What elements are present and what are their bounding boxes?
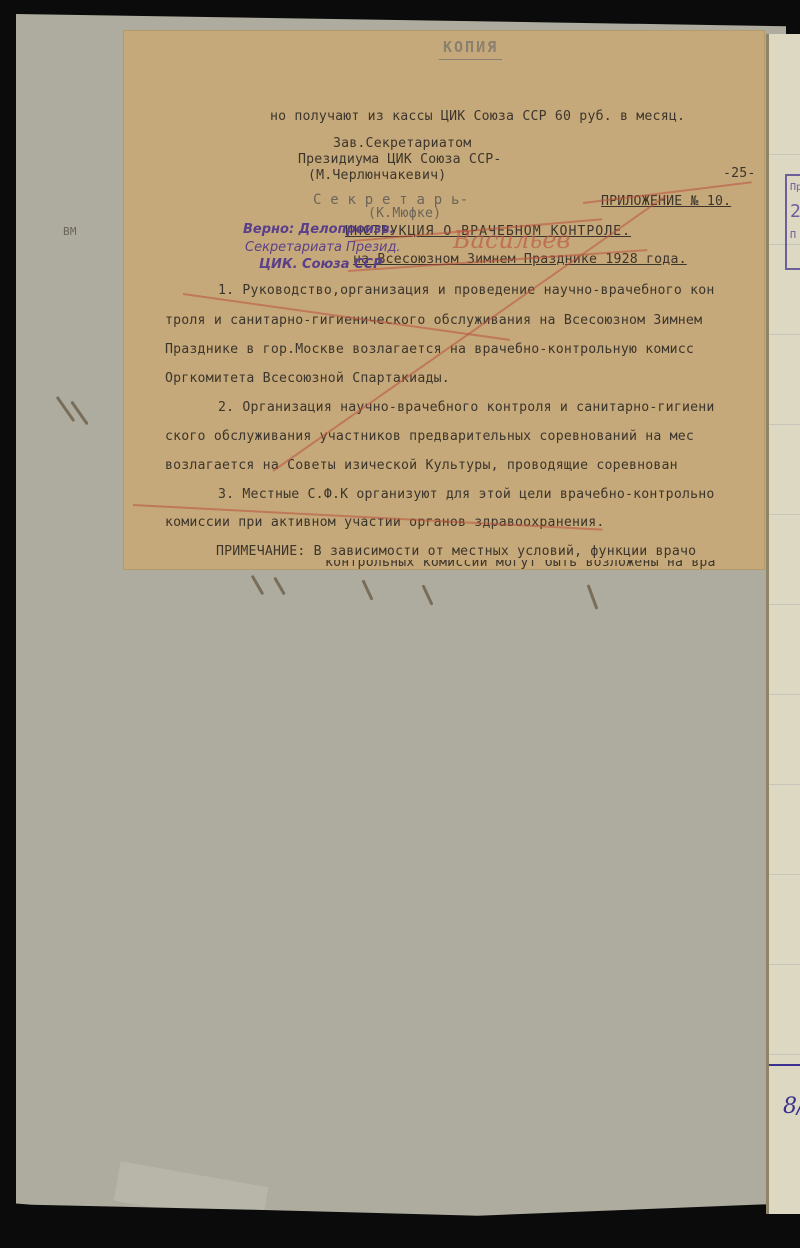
signatory-title-1: Зав.Секретариатом — [333, 136, 471, 151]
copy-stamp: КОПИЯ — [443, 38, 498, 56]
pencil-mark — [273, 577, 286, 596]
note-line-1: ПРИМЕЧАНИЕ: В зависимости от местных усл… — [216, 544, 696, 559]
pencil-mark — [361, 579, 373, 600]
paragraph-1-line-3: Празднике в гор.Москве возлагается на вр… — [165, 342, 694, 357]
paragraph-2-line-3: возлагается на Советы изической Культуры… — [165, 458, 678, 473]
paragraph-2-line-1: 2. Организация научно-врачебного контрол… — [218, 400, 715, 415]
signatory-name-1: (М.Черлюнчакевич) — [308, 168, 446, 183]
ink-line — [769, 1064, 800, 1066]
salary-line: но получают из кассы ЦИК Союза ССР 60 ру… — [270, 109, 685, 124]
archive-stamp-partial: Пр 2 П — [785, 174, 800, 270]
paragraph-1-line-4: Оргкомитета Всесоюзной Спартакиады. — [165, 371, 450, 386]
certification-stamp-line-2: Секретариата Презид. — [245, 240, 401, 255]
pencil-mark — [587, 584, 599, 609]
signatory-name-2: (К.Мюфке) — [368, 206, 441, 221]
handwritten-folio-number: 8/ — [783, 1094, 800, 1119]
paragraph-1-line-1: 1. Руководство,организация и проведение … — [218, 283, 715, 298]
signatory-title-2: Президиума ЦИК Союза ССР- — [298, 152, 502, 167]
paper-crease — [114, 1161, 269, 1226]
page-number: -25- — [723, 166, 756, 181]
pencil-mark — [251, 575, 265, 596]
paragraph-1-line-2: троля и санитарно-гигиенического обслужи… — [165, 313, 702, 328]
adjacent-page-edge: Пр 2 П 8/ — [766, 34, 800, 1214]
certification-stamp-line-1: Верно: Делопроизв. — [243, 222, 395, 237]
paragraph-3-line-1: 3. Местные С.Ф.К организуют для этой цел… — [218, 487, 715, 502]
paragraph-2-line-2: ского обслуживания участников предварите… — [165, 429, 694, 444]
typed-document-sheet: КОПИЯ но получают из кассы ЦИК Союза ССР… — [123, 30, 765, 570]
pencil-mark — [56, 396, 76, 422]
pencil-mark — [421, 584, 433, 605]
typist-initials: ВМ — [63, 225, 77, 238]
